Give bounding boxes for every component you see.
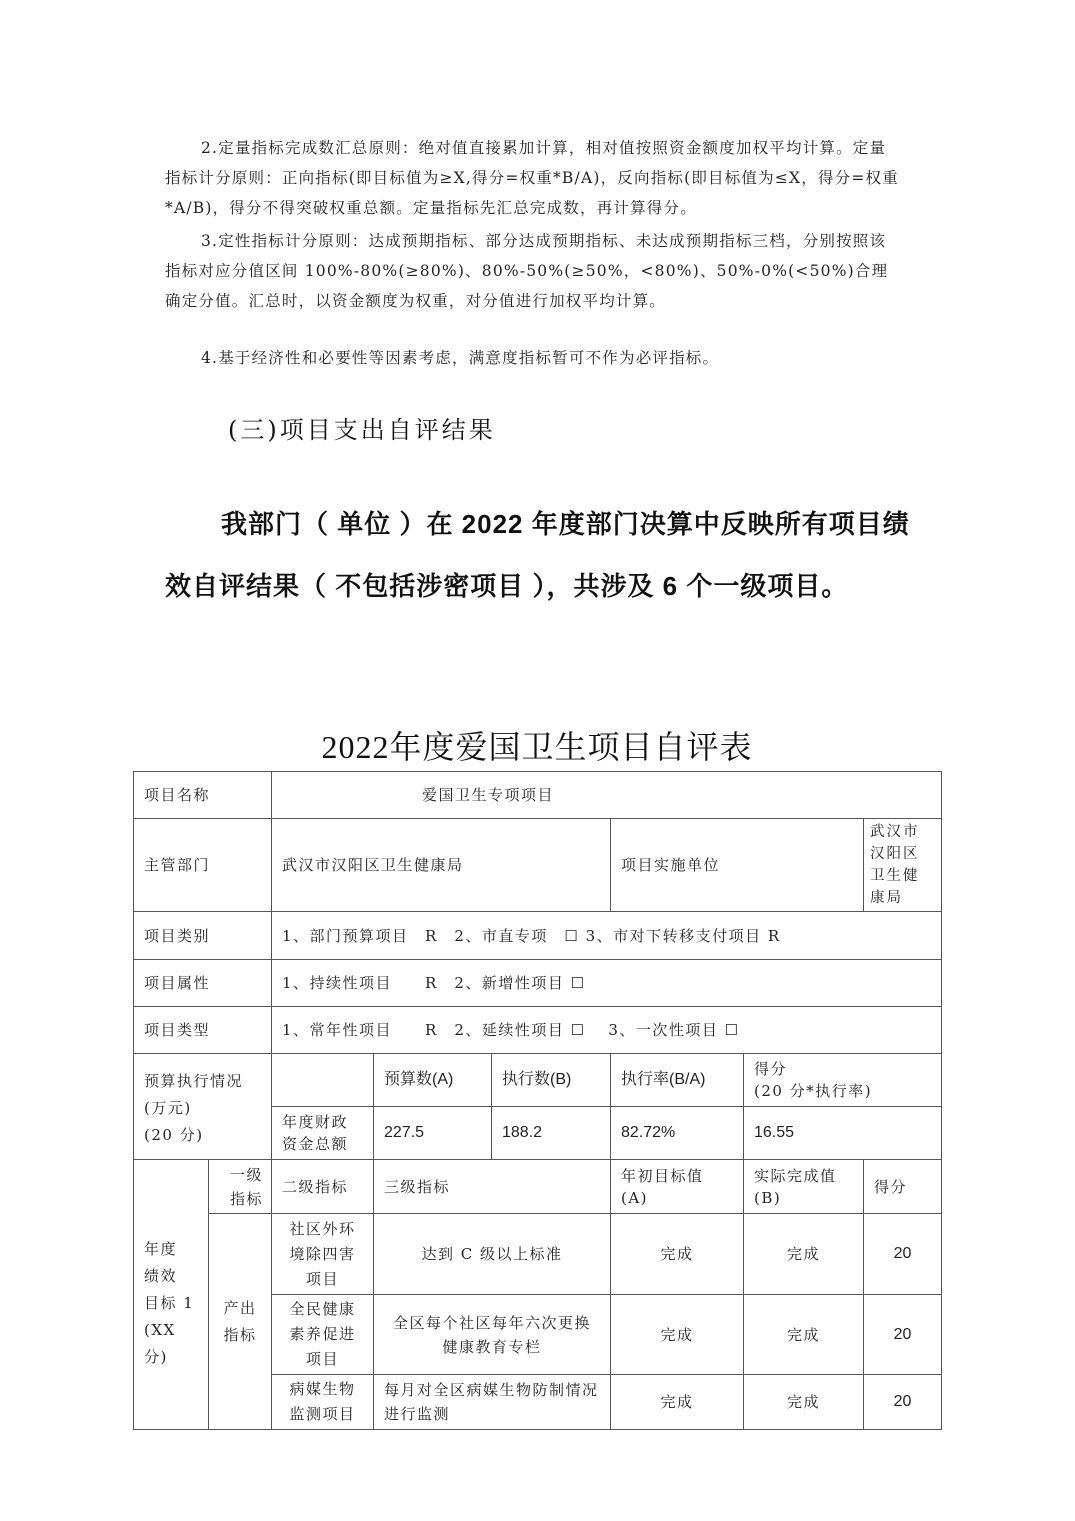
target-value: 完成 (611, 1295, 744, 1375)
goal-line: 年度 (144, 1236, 198, 1263)
paragraph-quantitative-principle: 2.定量指标完成数汇总原则：绝对值直接累加计算，相对值按照资金额度加权平均计算。… (165, 133, 900, 223)
attribute-label: 项目属性 (134, 960, 272, 1007)
level1-line: 产出 (219, 1295, 261, 1322)
row-category: 项目类别 1、部门预算项目 R 2、市直专项 ☐ 3、市对下转移支付项目 R (134, 912, 942, 960)
budget-header-score: 得分 (20 分*执行率) (744, 1054, 942, 1107)
budget-empty-header (272, 1054, 374, 1107)
budget-header-b: 执行数(B) (492, 1054, 611, 1107)
header-score: 得分 (864, 1160, 942, 1214)
goal-line: (XX (144, 1317, 198, 1344)
project-name-value: 爱国卫生专项项目 (272, 772, 942, 819)
project-name-label: 项目名称 (134, 772, 272, 819)
level2-value: 全民健康 素养促进 项目 (272, 1295, 374, 1375)
level2-line: 全民健康 (282, 1297, 363, 1322)
dept-label: 主管部门 (134, 819, 272, 912)
budget-row-label: 年度财政 资金总额 (272, 1107, 374, 1160)
table-title: 2022年度爱国卫生项目自评表 (133, 722, 941, 768)
target-value: 完成 (611, 1214, 744, 1295)
level2-line: 项目 (282, 1267, 363, 1292)
level1-line: 指标 (219, 1322, 261, 1349)
self-evaluation-table: 项目名称 爱国卫生专项项目 主管部门 武汉市汉阳区卫生健康局 项目实施单位 武汉… (133, 771, 942, 1430)
impl-label: 项目实施单位 (611, 819, 864, 912)
budget-value-a: 227.5 (374, 1107, 492, 1160)
budget-label-line: (20 分) (144, 1122, 261, 1149)
paragraph-satisfaction-note: 4.基于经济性和必要性等因素考虑，满意度指标暂可不作为必评指标。 (165, 343, 900, 373)
actual-value: 完成 (744, 1214, 864, 1295)
type-value: 1、常年性项目 R 2、延续性项目 ☐ 3、一次性项目 ☐ (272, 1007, 942, 1054)
level3-value: 达到 C 级以上标准 (374, 1214, 611, 1295)
category-label: 项目类别 (134, 912, 272, 960)
level2-value: 病媒生物 监测项目 (272, 1375, 374, 1430)
perf-row: 产出 指标 社区外环 境除四害 项目 达到 C 级以上标准 完成 完成 20 (134, 1214, 942, 1295)
level3-value: 每月对全区病媒生物防制情况进行监测 (374, 1375, 611, 1430)
budget-label-line: (万元) (144, 1095, 261, 1122)
actual-value: 完成 (744, 1295, 864, 1375)
header-line: 指标 (219, 1187, 263, 1211)
score-value: 20 (864, 1375, 942, 1430)
summary-text: 我部门（ 单位 ）在 2022 年度部门决算中反映所有项目绩效自评结果（ 不包括… (165, 509, 910, 601)
row-perf-header: 年度 绩效 目标 1 (XX 分) 一级 指标 二级指标 三级指标 年初目标值 … (134, 1160, 942, 1214)
row-department: 主管部门 武汉市汉阳区卫生健康局 项目实施单位 武汉市汉阳区卫生健康局 (134, 819, 942, 912)
score-header-line: 得分 (754, 1058, 931, 1080)
type-label: 项目类型 (134, 1007, 272, 1054)
level2-line: 社区外环 (282, 1217, 363, 1242)
summary-paragraph: 我部门（ 单位 ）在 2022 年度部门决算中反映所有项目绩效自评结果（ 不包括… (165, 493, 910, 617)
header-target: 年初目标值 (A) (611, 1160, 744, 1214)
level2-line: 病媒生物 (282, 1377, 363, 1402)
row-project-name: 项目名称 爱国卫生专项项目 (134, 772, 942, 819)
impl-value: 武汉市汉阳区卫生健康局 (864, 819, 942, 912)
row-label-line: 资金总额 (282, 1133, 363, 1155)
budget-value-rate: 82.72% (611, 1107, 744, 1160)
level2-line: 境除四害 (282, 1242, 363, 1267)
goal-line: 目标 1 (144, 1290, 198, 1317)
row-type: 项目类型 1、常年性项目 R 2、延续性项目 ☐ 3、一次性项目 ☐ (134, 1007, 942, 1054)
row-budget-header: 预算执行情况 (万元) (20 分) 预算数(A) 执行数(B) 执行率(B/A… (134, 1054, 942, 1107)
budget-value-b: 188.2 (492, 1107, 611, 1160)
actual-value: 完成 (744, 1375, 864, 1430)
score-value: 20 (864, 1214, 942, 1295)
dept-value: 武汉市汉阳区卫生健康局 (272, 819, 611, 912)
budget-label-line: 预算执行情况 (144, 1068, 261, 1095)
header-level2: 二级指标 (272, 1160, 374, 1214)
goal-line: 绩效 (144, 1263, 198, 1290)
header-level1: 一级 指标 (209, 1160, 272, 1214)
budget-header-a: 预算数(A) (374, 1054, 492, 1107)
header-line: 实际完成值 (754, 1165, 853, 1187)
header-line: (B) (754, 1187, 853, 1209)
row-label-line: 年度财政 (282, 1111, 363, 1133)
section-heading: (三)项目支出自评结果 (228, 410, 496, 445)
goal-line: 分) (144, 1344, 198, 1371)
level1-value: 产出 指标 (209, 1214, 272, 1430)
paragraph-qualitative-principle: 3.定性指标计分原则：达成预期指标、部分达成预期指标、未达成预期指标三档，分别按… (165, 226, 900, 316)
perf-goal-label: 年度 绩效 目标 1 (XX 分) (134, 1160, 209, 1430)
level3-value: 全区每个社区每年六次更换健康教育专栏 (374, 1295, 611, 1375)
score-value: 20 (864, 1295, 942, 1375)
budget-value-score: 16.55 (744, 1107, 942, 1160)
budget-label: 预算执行情况 (万元) (20 分) (134, 1054, 272, 1160)
attribute-value: 1、持续性项目 R 2、新增性项目 ☐ (272, 960, 942, 1007)
header-line: 一级 (219, 1163, 263, 1187)
header-line: 年初目标值 (621, 1165, 733, 1187)
budget-header-rate: 执行率(B/A) (611, 1054, 744, 1107)
level2-line: 监测项目 (282, 1402, 363, 1427)
header-level3: 三级指标 (374, 1160, 611, 1214)
row-attribute: 项目属性 1、持续性项目 R 2、新增性项目 ☐ (134, 960, 942, 1007)
level2-value: 社区外环 境除四害 项目 (272, 1214, 374, 1295)
category-value: 1、部门预算项目 R 2、市直专项 ☐ 3、市对下转移支付项目 R (272, 912, 942, 960)
level2-line: 素养促进 (282, 1322, 363, 1347)
level2-line: 项目 (282, 1347, 363, 1372)
header-actual: 实际完成值 (B) (744, 1160, 864, 1214)
score-header-line: (20 分*执行率) (754, 1080, 931, 1102)
target-value: 完成 (611, 1375, 744, 1430)
header-line: (A) (621, 1187, 733, 1209)
